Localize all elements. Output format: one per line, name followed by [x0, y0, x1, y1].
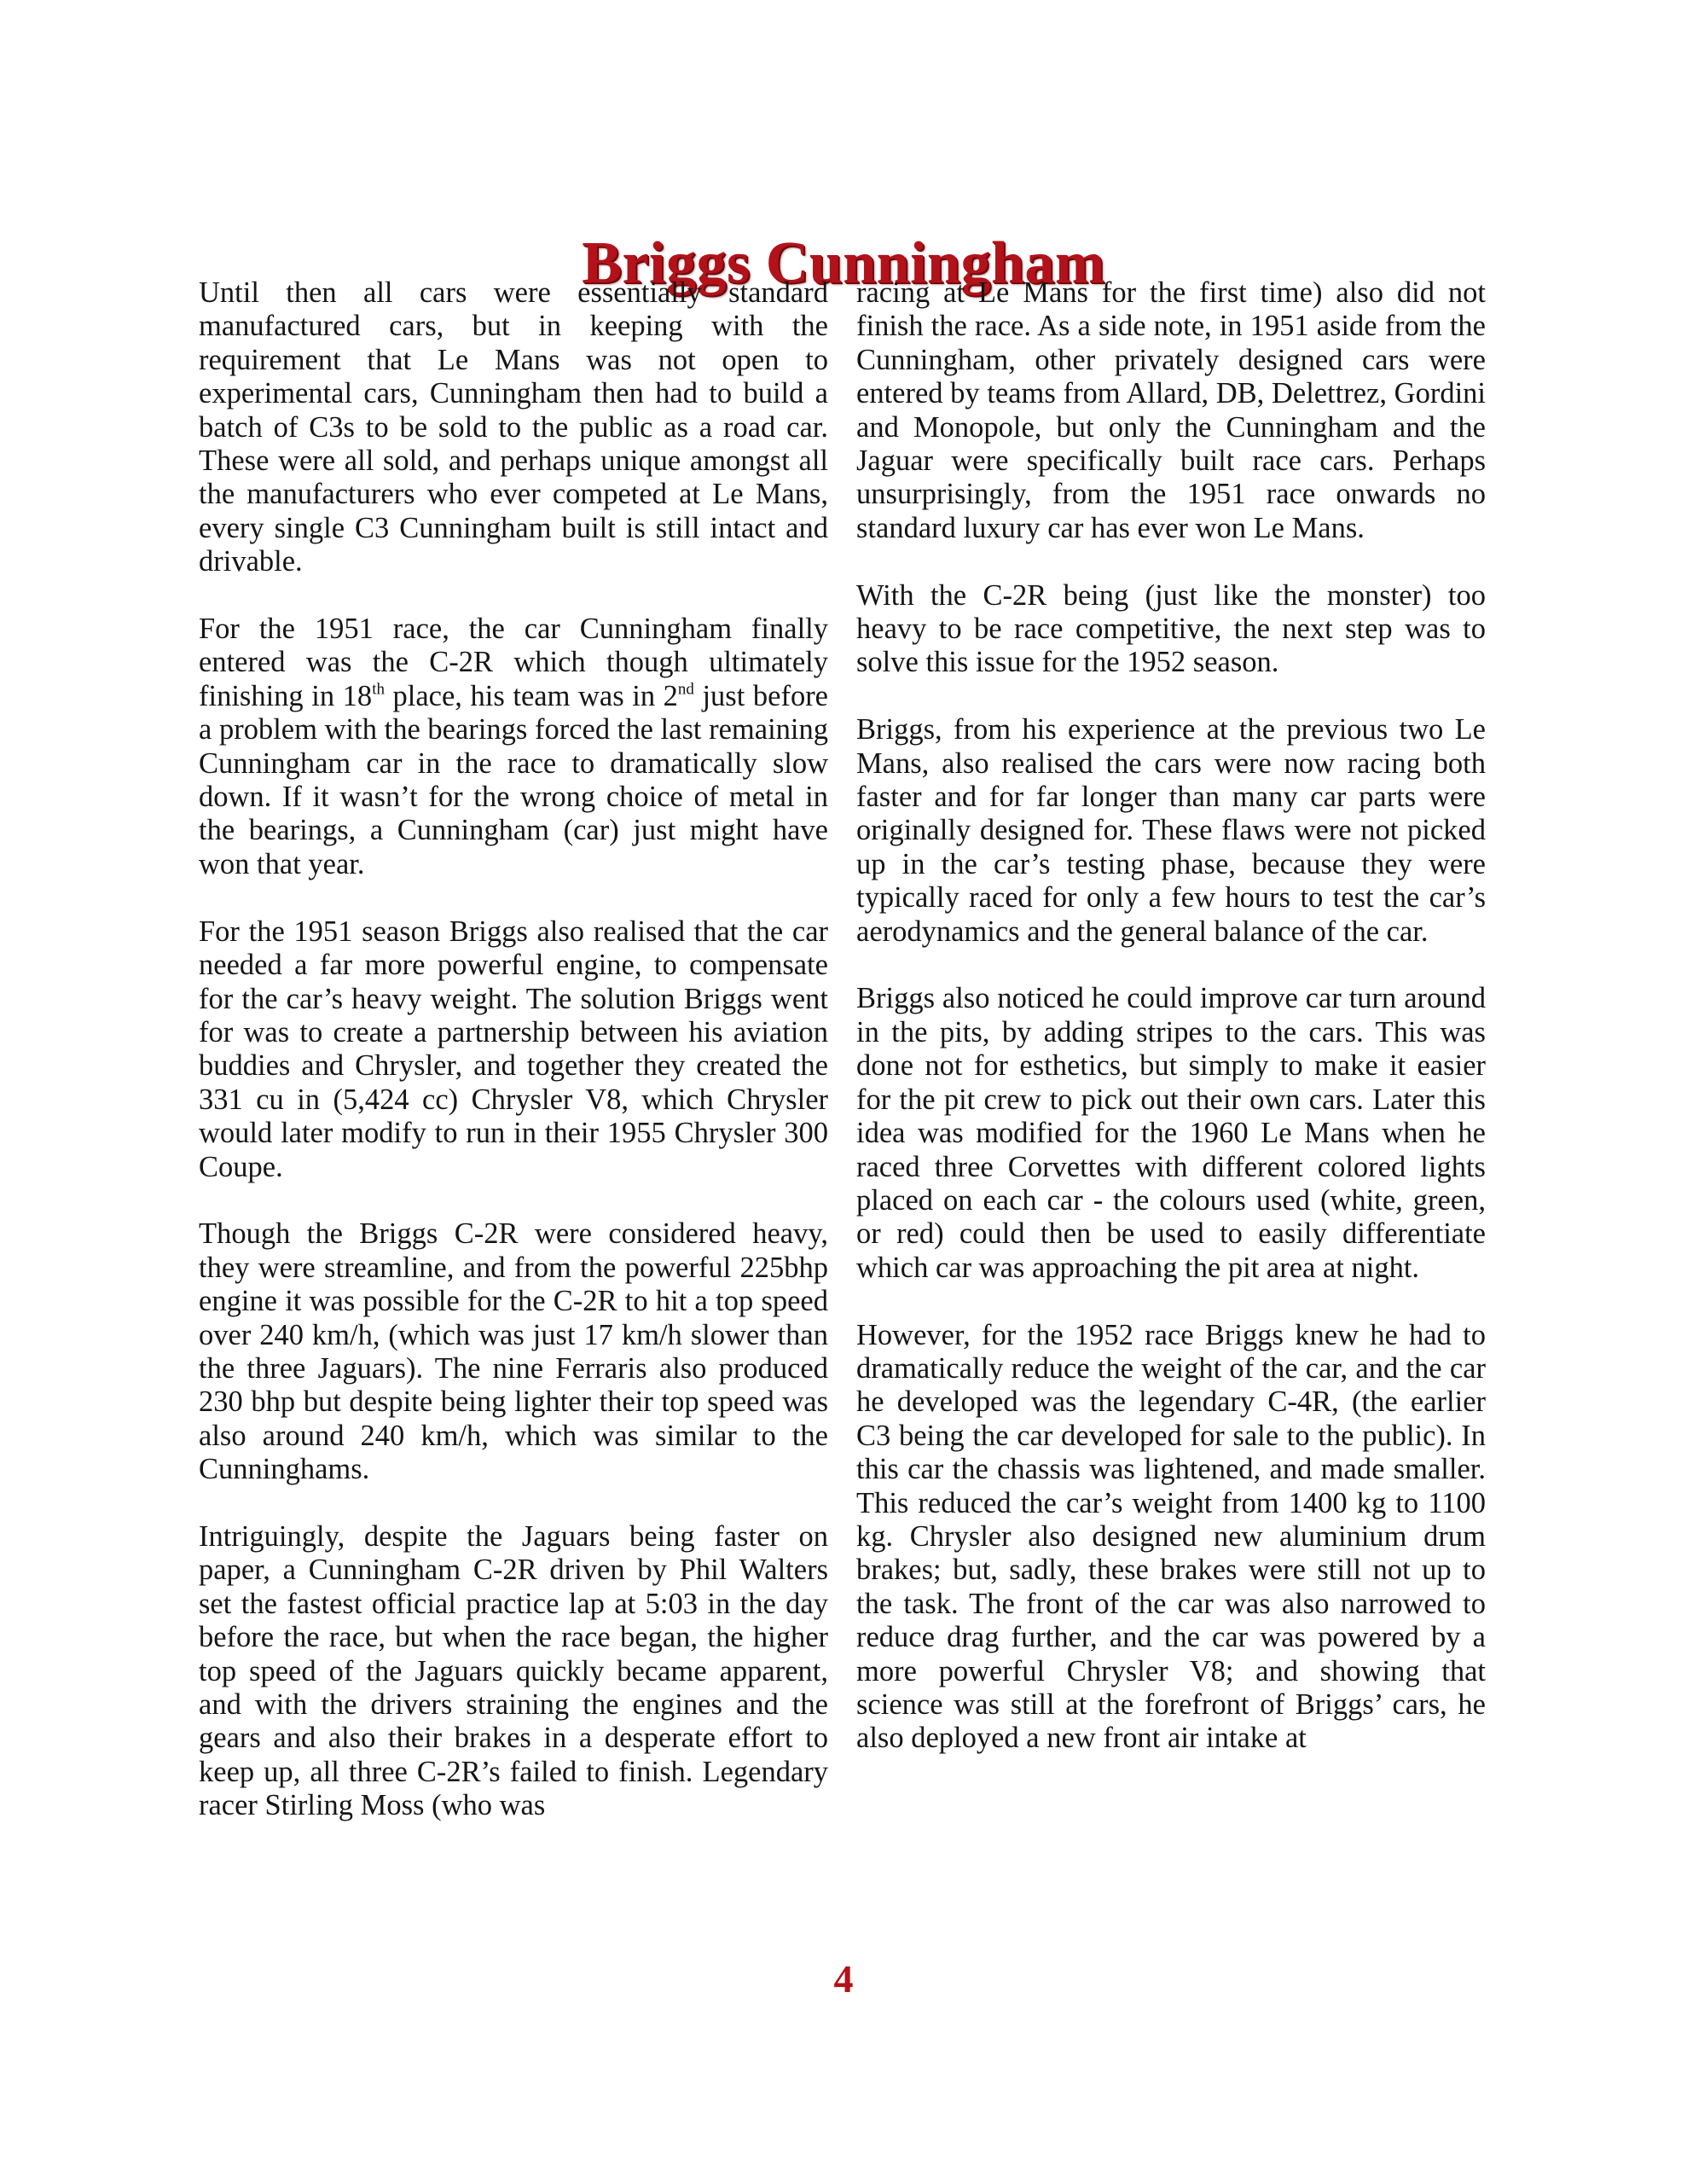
- paragraph-car-parts: Briggs, from his experience at the previ…: [856, 713, 1486, 949]
- page-number: 4: [0, 1955, 1687, 2003]
- paragraph-c3-road-cars: Until then all cars were essentially sta…: [199, 276, 828, 579]
- paragraph-private-entries: racing at Le Mans for the first time) al…: [856, 276, 1486, 545]
- paragraph-c4r: However, for the 1952 race Briggs knew h…: [856, 1319, 1486, 1756]
- paragraph-c2r-speed: Though the Briggs C-2R were considered h…: [199, 1217, 828, 1486]
- paragraph-text: place, his team was in 2: [385, 680, 678, 712]
- article-body: Until then all cars were essentially sta…: [199, 276, 1486, 1931]
- paragraph-practice-lap: Intriguingly, despite the Jaguars being …: [199, 1520, 828, 1823]
- ordinal-suffix: nd: [678, 681, 694, 699]
- paragraph-1951-engine: For the 1951 season Briggs also realised…: [199, 915, 828, 1184]
- ordinal-suffix: th: [372, 681, 385, 699]
- right-column: racing at Le Mans for the first time) al…: [856, 276, 1486, 1931]
- paragraph-pit-stripes: Briggs also noticed he could improve car…: [856, 982, 1486, 1285]
- paragraph-1951-race: For the 1951 race, the car Cunningham fi…: [199, 613, 828, 881]
- left-column: Until then all cars were essentially sta…: [199, 276, 828, 1931]
- paragraph-1952-season: With the C-2R being (just like the monst…: [856, 579, 1486, 680]
